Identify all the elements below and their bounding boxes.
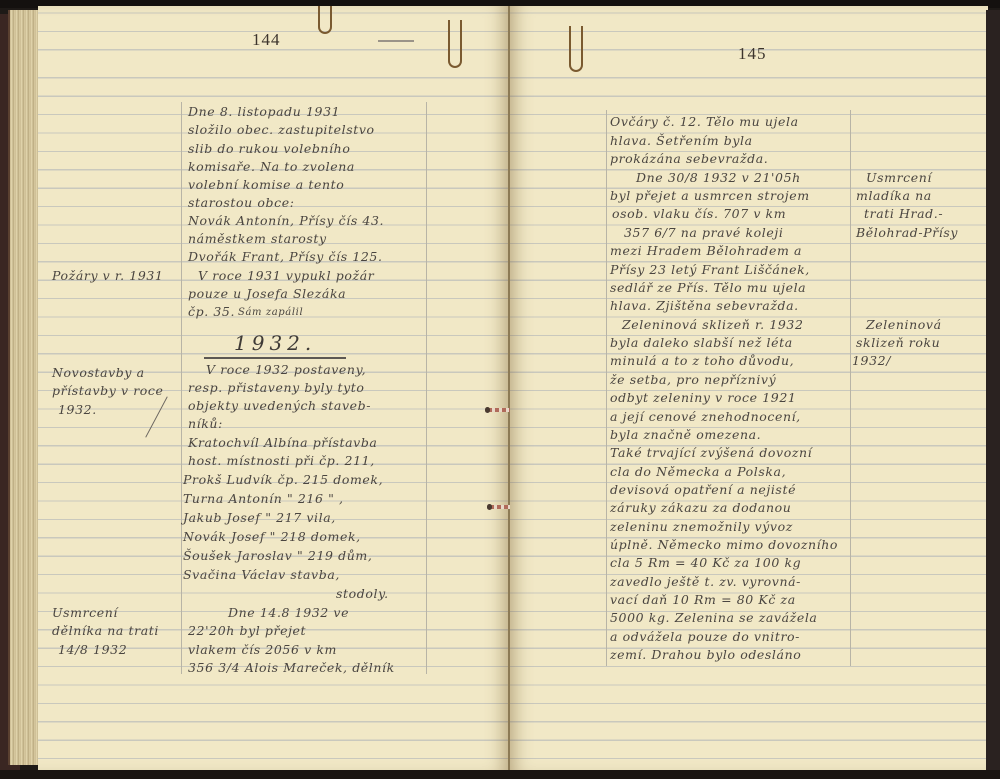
entry-line: V roce 1931 vypukl požár <box>198 268 374 283</box>
right-page: 145 Ovčáry č. 12. Tělo mu ujela hlava. Š… <box>510 6 988 770</box>
entry-line: níků: <box>188 416 223 431</box>
entry-line: úplně. Německo mimo dovozního <box>610 537 838 552</box>
entry-line: cla do Německa a Polska, <box>610 464 786 479</box>
open-ledger-book: 144 Dne 8. listopadu 1931 složilo obec. … <box>0 0 1000 779</box>
entry-line: stodoly. <box>336 586 389 601</box>
entry-line: Prokš Ludvík čp. 215 domek, <box>183 472 383 487</box>
entry-line: zemí. Drahou bylo odesláno <box>610 647 801 662</box>
entry-line: byl přejet a usmrcen strojem <box>610 188 810 203</box>
entry-line: objekty uvedených staveb- <box>188 398 371 413</box>
year-underline <box>204 357 346 359</box>
column-rule-left <box>181 102 182 674</box>
margin-note-vegetables: 1932/ <box>852 353 891 368</box>
entry-line: Turna Antonín " 216 " , <box>183 491 344 506</box>
margin-note-death: trati Hrad.- <box>864 206 943 221</box>
entry-line: Dvořák Frant, Přísy čís 125. <box>188 249 383 264</box>
entry-line: Ovčáry č. 12. Tělo mu ujela <box>610 114 799 129</box>
margin-note-accident: Usmrcení <box>52 605 118 620</box>
entry-line: Dne 14.8 1932 ve <box>228 605 349 620</box>
margin-note-death: mladíka na <box>856 188 932 203</box>
entry-line: Dne 30/8 1932 v 21'05h <box>636 170 801 185</box>
entry-line: komisaře. Na to zvolena <box>188 159 355 174</box>
entry-line: pouze u Josefa Slezáka <box>188 286 346 301</box>
entry-line: Kratochvíl Albína přístavba <box>188 435 377 450</box>
entry-line: Zeleninová sklizeň r. 1932 <box>622 317 804 332</box>
entry-line: hlava. Zjištěna sebevražda. <box>610 298 799 313</box>
entry-line: osob. vlaku čís. 707 v km <box>612 206 786 221</box>
book-cover-bottom <box>0 770 1000 779</box>
entry-line: a její cenové znehodnocení, <box>610 409 801 424</box>
entry-line: V roce 1932 postaveny, <box>206 362 366 377</box>
entry-line: 5000 kg. Zelenina se zavážela <box>610 610 817 625</box>
entry-line: zavedlo ještě t. zv. vyrovná- <box>610 574 801 589</box>
left-page: 144 Dne 8. listopadu 1931 složilo obec. … <box>38 6 508 770</box>
entry-line: a odvážela pouze do vnitro- <box>610 629 800 644</box>
column-rule-left <box>606 110 607 666</box>
entry-line: slib do rukou volebního <box>188 141 350 156</box>
entry-line: náměstkem starosty <box>188 231 327 246</box>
entry-line: sedlář ze Přís. Tělo mu ujela <box>610 280 806 295</box>
year-heading: 1932. <box>234 331 316 355</box>
column-rule-right <box>426 102 427 674</box>
entry-line: Svačina Václav stavba, <box>183 567 340 582</box>
entry-line: Dne 8. listopadu 1931 <box>188 104 340 119</box>
entry-line: prokázána sebevražda. <box>610 151 768 166</box>
entry-line: 357 6/7 na pravé koleji <box>624 225 783 240</box>
entry-line: vlakem čís 2056 v km <box>188 642 337 657</box>
margin-note-accident: dělníka na trati <box>52 623 159 638</box>
entry-line: vací daň 10 Rm = 80 Kč za <box>610 592 796 607</box>
margin-note-accident: 14/8 1932 <box>58 642 127 657</box>
margin-note-newbuild: 1932. <box>58 402 97 417</box>
margin-note-fires: Požáry v r. 1931 <box>52 268 163 283</box>
column-rule-right <box>850 110 851 666</box>
page-number-right: 145 <box>738 44 767 64</box>
entry-line: odbyt zeleniny v roce 1921 <box>610 390 796 405</box>
entry-line: že setba, pro nepříznivý <box>610 372 776 387</box>
margin-note-death: Usmrcení <box>866 170 932 185</box>
pen-stroke <box>145 396 167 437</box>
entry-line: zeleninu znemožnily vývoz <box>610 519 793 534</box>
entry-line: resp. přistaveny byly tyto <box>188 380 364 395</box>
entry-line: Šoušek Jaroslav " 219 dům, <box>183 548 372 563</box>
entry-line: devisová opatření a nejisté <box>610 482 796 497</box>
entry-line: záruky zákazu za dodanou <box>610 500 791 515</box>
paper-clip <box>448 20 462 68</box>
entry-line: Jakub Josef " 217 vila, <box>183 510 336 525</box>
paper-clip-mark <box>318 6 332 34</box>
entry-line: Přísy 23 letý Frant Liščánek, <box>610 262 810 277</box>
small-note: Sám zapálil <box>238 307 303 318</box>
entry-line: volební komise a tento <box>188 177 344 192</box>
entry-line: byla daleko slabší než léta <box>610 335 793 350</box>
entry-line: byla značně omezena. <box>610 427 761 442</box>
entry-line: složilo obec. zastupitelstvo <box>188 122 375 137</box>
entry-line: starostou obce: <box>188 195 295 210</box>
page-number-left: 144 <box>252 30 281 50</box>
entry-line: 356 3/4 Alois Mareček, dělník <box>188 660 395 675</box>
entry-line: cla 5 Rm = 40 Kč za 100 kg <box>610 555 801 570</box>
dash-mark <box>378 40 414 42</box>
margin-note-newbuild: Novostavby a <box>52 365 145 380</box>
entry-line: Novák Antonín, Přísy čís 43. <box>188 213 384 228</box>
margin-note-death: Bělohrad-Přísy <box>856 225 958 240</box>
entry-line: Také trvající zvýšená dovozní <box>610 445 812 460</box>
entry-line: 22'20h byl přejet <box>188 623 306 638</box>
book-cover-right <box>986 10 1000 775</box>
margin-note-vegetables: Zeleninová <box>866 317 942 332</box>
entry-line: Novák Josef " 218 domek, <box>183 529 361 544</box>
paper-clip <box>569 26 583 72</box>
entry-line: hlava. Šetřením byla <box>610 133 753 148</box>
margin-note-vegetables: sklizeň roku <box>856 335 940 350</box>
entry-line: mezi Hradem Bělohradem a <box>610 243 802 258</box>
entry-line: minulá a to z toho důvodu, <box>610 353 794 368</box>
entry-line: host. místnosti při čp. 211, <box>188 453 375 468</box>
margin-note-newbuild: přístavby v roce <box>52 383 164 398</box>
entry-line: čp. 35. <box>188 304 235 319</box>
